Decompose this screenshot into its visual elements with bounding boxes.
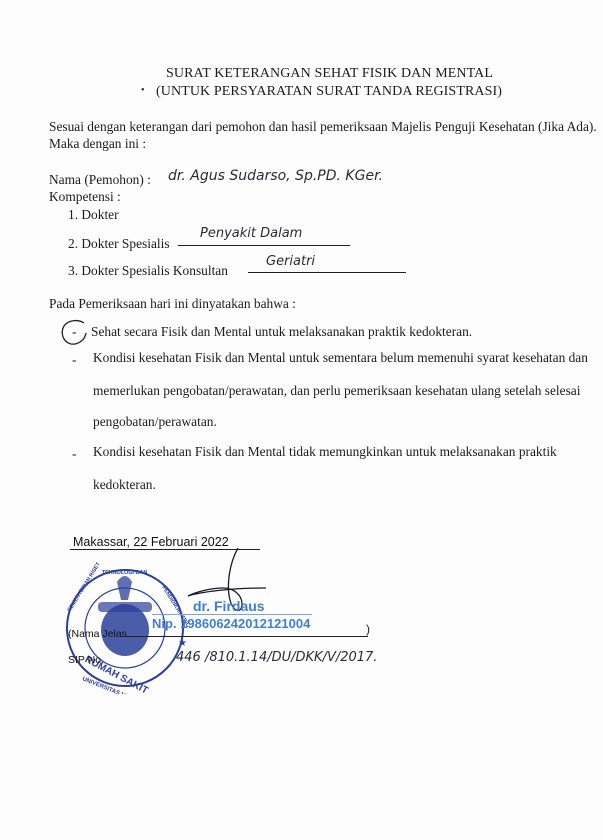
sip-label: SIP No. bbox=[68, 654, 104, 666]
bullet-mark: • bbox=[141, 85, 145, 96]
svg-text:TEKNOLOGI DAN: TEKNOLOGI DAN bbox=[102, 570, 147, 576]
name-close-paren: ) bbox=[366, 622, 370, 636]
signer-name: dr. Firdaus bbox=[193, 598, 265, 614]
competence-item-1: 1. Dokter bbox=[68, 207, 119, 223]
specialist-underline bbox=[178, 245, 350, 246]
competence-item-2: 2. Dokter Spesialis bbox=[68, 236, 170, 252]
name-underline bbox=[120, 636, 368, 637]
applicant-name-handwritten: dr. Agus Sudarso, Sp.PD. KGer. bbox=[168, 168, 383, 184]
option-3-marker: - bbox=[72, 446, 76, 462]
option-1-marker: - bbox=[72, 324, 76, 340]
option-2-line-1: Kondisi kesehatan Fisik dan Mental untuk… bbox=[93, 350, 588, 366]
document-title: SURAT KETERANGAN SEHAT FISIK DAN MENTAL bbox=[166, 66, 493, 82]
place-date: Makassar, 22 Februari 2022 bbox=[73, 535, 229, 549]
option-3-line-2: kedokteran. bbox=[93, 477, 156, 493]
consultant-underline bbox=[248, 272, 406, 273]
svg-text:★: ★ bbox=[178, 638, 187, 649]
intro-text: Sesuai dengan keterangan dari pemohon da… bbox=[49, 119, 597, 135]
signer-nip: Nip. 198606242012121004 bbox=[152, 616, 310, 631]
specialist-handwritten: Penyakit Dalam bbox=[200, 226, 302, 241]
name-label: (Nama Jelas bbox=[68, 628, 127, 640]
signer-name-underline bbox=[152, 614, 312, 615]
applicant-label: Nama (Pemohon) : bbox=[49, 172, 151, 188]
competence-item-3: 3. Dokter Spesialis Konsultan bbox=[68, 263, 228, 279]
option-1-text: Sehat secara Fisik dan Mental untuk mela… bbox=[91, 324, 472, 340]
document-subtitle: (UNTUK PERSYARATAN SURAT TANDA REGISTRAS… bbox=[156, 84, 502, 100]
sip-number-handwritten: 446 /810.1.14/DU/DKK/V/2017. bbox=[176, 650, 377, 665]
competence-label: Kompetensi : bbox=[49, 189, 121, 205]
option-2-marker: - bbox=[72, 352, 76, 368]
svg-text:KEMENTERIAN RISET: KEMENTERIAN RISET bbox=[67, 562, 103, 613]
option-3-line-1: Kondisi kesehatan Fisik dan Mental tidak… bbox=[93, 444, 557, 460]
statement-intro: Pada Pemeriksaan hari ini dinyatakan bah… bbox=[49, 296, 296, 312]
option-2-line-3: pengobatan/perawatan. bbox=[93, 414, 217, 430]
option-2-line-2: memerlukan pengobatan/perawatan, dan per… bbox=[93, 383, 580, 399]
intro-text-2: Maka dengan ini : bbox=[49, 136, 146, 152]
consultant-handwritten: Geriatri bbox=[266, 254, 315, 269]
